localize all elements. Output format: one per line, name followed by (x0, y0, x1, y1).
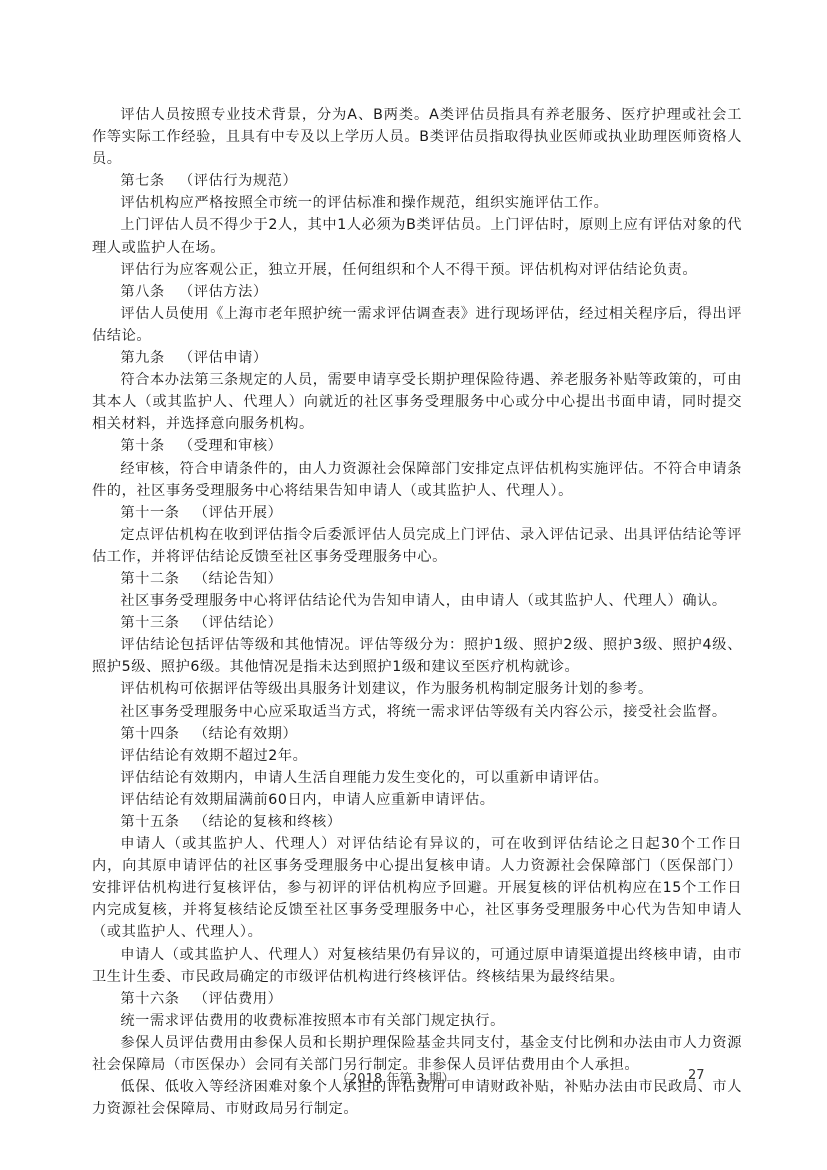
paragraph: 评估结论有效期内，申请人生活自理能力发生变化的，可以重新申请评估。 (92, 767, 742, 789)
article-heading: 第九条（评估申请） (92, 347, 742, 369)
article-heading: 第十三条（评估结论） (92, 612, 742, 634)
paragraph: 申请人（或其监护人、代理人）对复核结果仍有异议的，可通过原申请渠道提出终核申请，… (92, 944, 742, 988)
article-number: 第十二条 (120, 571, 179, 587)
article-title: （评估结论） (194, 615, 283, 631)
article-number: 第七条 (120, 173, 164, 189)
issue-label: （2018 年第 3 期） (336, 1068, 455, 1087)
page-number: 27 (688, 1068, 705, 1083)
article-title: （结论有效期） (194, 726, 298, 742)
article-heading: 第十五条（结论的复核和终核） (92, 811, 742, 833)
article-heading: 第十一条（评估开展） (92, 502, 742, 524)
paragraph: 定点评估机构在收到评估指令后委派评估人员完成上门评估、录入评估记录、出具评估结论… (92, 524, 742, 568)
article-title: （评估申请） (179, 350, 268, 366)
paragraph: 评估结论有效期不超过2年。 (92, 745, 742, 767)
paragraph: 经审核，符合申请条件的，由人力资源社会保障部门安排定点评估机构实施评估。不符合申… (92, 458, 742, 502)
article-number: 第九条 (120, 350, 164, 366)
article-number: 第十一条 (120, 505, 179, 521)
paragraph: 社区事务受理服务中心将评估结论代为告知申请人，由申请人（或其监护人、代理人）确认… (92, 590, 742, 612)
article-number: 第十四条 (120, 726, 179, 742)
paragraph: 评估结论包括评估等级和其他情况。评估等级分为：照护1级、照护2级、照护3级、照护… (92, 634, 742, 678)
paragraph: 社区事务受理服务中心应采取适当方式，将统一需求评估等级有关内容公示，接受社会监督… (92, 701, 742, 723)
paragraph: 申请人（或其监护人、代理人）对评估结论有异议的，可在收到评估结论之日起30个工作… (92, 833, 742, 943)
article-heading: 第十六条（评估费用） (92, 988, 742, 1010)
article-heading: 第八条（评估方法） (92, 281, 742, 303)
article-number: 第八条 (120, 284, 164, 300)
article-heading: 第十四条（结论有效期） (92, 723, 742, 745)
article-number: 第十六条 (120, 991, 179, 1007)
paragraph: 评估人员使用《上海市老年照护统一需求评估调查表》进行现场评估，经过相关程序后，得… (92, 303, 742, 347)
document-body: 评估人员按照专业技术背景，分为A、B两类。A类评估员指具有养老服务、医疗护理或社… (92, 104, 742, 1120)
paragraph: 符合本办法第三条规定的人员，需要申请享受长期护理保险待遇、养老服务补贴等政策的，… (92, 369, 742, 435)
paragraph: 统一需求评估费用的收费标准按照本市有关部门规定执行。 (92, 1010, 742, 1032)
article-number: 第十五条 (120, 814, 179, 830)
article-number: 第十条 (120, 438, 164, 454)
article-heading: 第十二条（结论告知） (92, 568, 742, 590)
article-title: （受理和审核） (179, 438, 283, 454)
paragraph: 评估结论有效期届满前60日内，申请人应重新申请评估。 (92, 789, 742, 811)
article-number: 第十三条 (120, 615, 179, 631)
article-title: （结论告知） (194, 571, 283, 587)
article-heading: 第十条（受理和审核） (92, 435, 742, 457)
paragraph: 评估机构应严格按照全市统一的评估标准和操作规范，组织实施评估工作。 (92, 192, 742, 214)
article-title: （评估方法） (179, 284, 268, 300)
paragraph: 评估人员按照专业技术背景，分为A、B两类。A类评估员指具有养老服务、医疗护理或社… (92, 104, 742, 170)
paragraph: 评估机构可依据评估等级出具服务计划建议，作为服务机构制定服务计划的参考。 (92, 678, 742, 700)
article-heading: 第七条（评估行为规范） (92, 170, 742, 192)
article-title: （评估费用） (194, 991, 283, 1007)
article-title: （评估行为规范） (179, 173, 297, 189)
article-title: （结论的复核和终核） (194, 814, 342, 830)
article-title: （评估开展） (194, 505, 283, 521)
paragraph: 上门评估人员不得少于2人，其中1人必须为B类评估员。上门评估时，原则上应有评估对… (92, 214, 742, 258)
paragraph: 评估行为应客观公正，独立开展，任何组织和个人不得干预。评估机构对评估结论负责。 (92, 259, 742, 281)
